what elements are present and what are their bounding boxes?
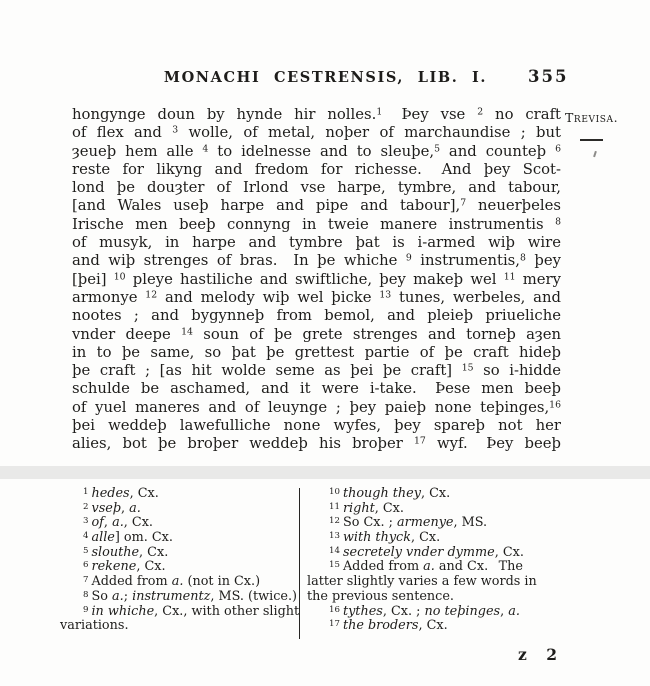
footnote-number: 7 — [83, 575, 88, 585]
variant-reading-text: armenye — [397, 515, 454, 530]
text-run: instrumentis, — [412, 252, 520, 269]
body-text-line: [and Wales useþ harpe and pipe and tabou… — [72, 197, 561, 215]
body-text-line: and wiþ strenges of bras. In þe whiche 9… — [72, 252, 561, 270]
text-run: Added from — [91, 574, 171, 589]
text-run: to idelnesse and to sleuþe, — [208, 143, 434, 160]
footnote-reference: 17 — [414, 436, 426, 447]
body-text-line: þei weddeþ lawefulliche none wyfes, þey … — [72, 417, 561, 435]
footnote-line: 3of, a., Cx. — [60, 516, 298, 531]
variant-reading-text: alle — [91, 530, 114, 545]
footnote-number: 1 — [83, 487, 88, 497]
footnote-reference: 11 — [504, 271, 516, 282]
footnote-reference: 16 — [549, 399, 561, 410]
footnote-reference: 12 — [145, 289, 157, 300]
body-text-line: Irische men beeþ connyng in tweie manere… — [72, 216, 561, 234]
text-run: and melody wiþ wel þicke — [157, 289, 379, 306]
footnote-number: 16 — [329, 605, 340, 615]
footnote-reference: 14 — [181, 326, 193, 337]
footnote-line: 7Added from a. (not in Cx.) — [60, 575, 298, 590]
variant-reading-text: tythes — [343, 604, 383, 619]
text-run: , Cx. — [139, 545, 168, 560]
text-run: , Cx. ; — [383, 604, 425, 619]
footnote-line: the previous sentence. — [307, 590, 642, 605]
text-run: neuerþeles — [466, 197, 561, 214]
variant-reading-text: vseþ — [91, 501, 121, 516]
body-text-line: [þei] 10 pleye hastiliche and swiftliche… — [72, 271, 561, 289]
text-run: þey — [526, 252, 561, 269]
footnote-number: 11 — [329, 502, 340, 512]
variant-reading-text: secretely vnder dymme — [343, 545, 495, 560]
footnote-number: 15 — [329, 560, 340, 570]
text-run: , — [104, 515, 112, 530]
variant-reading-text: a. — [112, 515, 124, 530]
footnote-line: 6rekene, Cx. — [60, 560, 298, 575]
margin-continuation-dash — [580, 139, 603, 141]
text-run: latter slightly varies a few words in — [307, 574, 537, 589]
variant-reading-text: right — [343, 501, 375, 516]
body-text-line: nootes ; and bygynneþ from bemol, and pl… — [72, 307, 561, 325]
text-run: of yuel maneres and of leuynge ; þey pai… — [72, 399, 549, 416]
text-run: variations. — [60, 618, 129, 633]
text-run: ; — [124, 589, 132, 604]
body-text-line: vnder deepe 14 soun of þe grete strenges… — [72, 326, 561, 344]
footnote-number: 6 — [83, 560, 88, 570]
variant-reading-text: though they — [343, 486, 421, 501]
margin-note-trevisa: Trevisa. — [565, 110, 618, 125]
signature-mark: z 2 — [518, 645, 564, 664]
footnote-line: 13with thyck, Cx. — [307, 531, 642, 546]
text-run: schulde be aschamed, and it were i-take.… — [72, 380, 561, 397]
main-text-block: hongynge doun by hynde hir nolles.1 Þey … — [72, 106, 561, 454]
text-run: and counteþ — [440, 143, 555, 160]
text-run: vnder deepe — [72, 326, 181, 343]
variant-reading-text: a. — [423, 559, 435, 574]
footnote-line: 15Added from a. and Cx. The — [307, 560, 642, 575]
text-run: soun of þe grete strenges and torneþ aȝe… — [193, 326, 561, 343]
scan-artifact-band — [0, 466, 650, 479]
footnote-line: 11right, Cx. — [307, 502, 642, 517]
text-run: reste for likyng and fredom for richesse… — [72, 161, 561, 178]
variant-reading-text: slouthe — [91, 545, 139, 560]
text-run: and wiþ strenges of bras. In þe whiche — [72, 252, 406, 269]
footnote-column-right: 10though they, Cx.11right, Cx.12So Cx. ;… — [307, 487, 642, 634]
footnote-number: 2 — [83, 502, 88, 512]
text-run: , Cx. — [375, 501, 404, 516]
footnote-number: 14 — [329, 546, 340, 556]
footnote-line: 1hedes, Cx. — [60, 487, 298, 502]
footnote-reference: 10 — [114, 271, 126, 282]
variant-reading-text: with thyck — [343, 530, 411, 545]
text-run: mery — [516, 271, 561, 288]
text-run: alies, bot þe broþer weddeþ his broþer — [72, 435, 414, 452]
text-run: þei weddeþ lawefulliche none wyfes, þey … — [72, 417, 561, 434]
variant-reading-text: instrumentz — [132, 589, 210, 604]
footnote-line: 5slouthe, Cx. — [60, 546, 298, 561]
text-run: , — [121, 501, 129, 516]
variant-reading-text: no teþinges — [425, 604, 501, 619]
footnote-reference: 8 — [555, 216, 561, 227]
text-run: , Cx. — [411, 530, 440, 545]
page-number: 355 — [528, 67, 588, 86]
footnote-line: 4alle] om. Cx. — [60, 531, 298, 546]
text-run: Irische men beeþ connyng in tweie manere… — [72, 216, 555, 233]
footnote-number: 13 — [329, 531, 340, 541]
variant-reading-text: in whiche — [91, 604, 154, 619]
footnote-line: latter slightly varies a few words in — [307, 575, 642, 590]
body-text-line: armonye 12 and melody wiþ wel þicke 13 t… — [72, 289, 561, 307]
footnote-line: 17the broders, Cx. — [307, 619, 642, 634]
footnote-column-divider — [299, 488, 300, 639]
text-run: of musyk, in harpe and tymbre þat is i-a… — [72, 234, 561, 251]
text-run: Added from — [343, 559, 423, 574]
text-run: Þey vse — [382, 106, 477, 123]
text-run: wolle, of metal, noþer of marchaundise ;… — [178, 124, 561, 141]
text-run: , Cx. — [130, 486, 159, 501]
footnote-line: 9in whiche, Cx., with other slight — [60, 605, 298, 620]
text-run: , Cx. — [136, 559, 165, 574]
text-run: , Cx. — [421, 486, 450, 501]
text-run: wyf. Þey beeþ — [426, 435, 561, 452]
footnote-reference: 6 — [555, 143, 561, 154]
text-run: , Cx. — [495, 545, 524, 560]
footnote-number: 5 — [83, 546, 88, 556]
variant-reading-text: hedes — [91, 486, 129, 501]
body-text-line: lond þe douȝter of Irlond vse harpe, tym… — [72, 179, 561, 197]
book-page-scan: MONACHI CESTRENSIS, LIB. I. 355 hongynge… — [0, 0, 650, 686]
body-text-line: þe craft ; [as hit wolde seme as þei þe … — [72, 362, 561, 380]
text-run: , MS. — [454, 515, 488, 530]
text-run: in to þe same, so þat þe grettest partie… — [72, 344, 561, 361]
text-run: [þei] — [72, 271, 114, 288]
text-run: (not in Cx.) — [183, 574, 260, 589]
footnote-number: 9 — [83, 605, 88, 615]
body-text-line: hongynge doun by hynde hir nolles.1 Þey … — [72, 106, 561, 124]
margin-speck — [593, 151, 596, 157]
text-run: So Cx. ; — [343, 515, 397, 530]
running-title: MONACHI CESTRENSIS, LIB. I. — [81, 69, 570, 86]
text-run: , MS. (twice.) — [210, 589, 297, 604]
variant-reading-text: a. — [129, 501, 141, 516]
text-run: ȝeueþ hem alle — [72, 143, 202, 160]
footnote-line: 10though they, Cx. — [307, 487, 642, 502]
footnote-number: 12 — [329, 516, 340, 526]
body-text-line: of musyk, in harpe and tymbre þat is i-a… — [72, 234, 561, 252]
text-run: þe craft ; [as hit wolde seme as þei þe … — [72, 362, 462, 379]
footnote-line: 8So a.; instrumentz, MS. (twice.) — [60, 590, 298, 605]
text-run: , Cx., with other slight — [154, 604, 299, 619]
footnote-number: 17 — [329, 619, 340, 629]
text-run: , Cx. — [124, 515, 153, 530]
variant-reading-text: a. — [112, 589, 124, 604]
variant-reading-text: of — [91, 515, 103, 530]
footnote-reference: 13 — [379, 289, 391, 300]
footnote-column-left: 1hedes, Cx.2vseþ, a.3of, a., Cx.4alle] o… — [60, 487, 298, 634]
text-run: pleye hastiliche and swiftliche, þey mak… — [126, 271, 504, 288]
text-run: of flex and — [72, 124, 172, 141]
body-text-line: ȝeueþ hem alle 4 to idelnesse and to sle… — [72, 143, 561, 161]
body-text-line: of flex and 3 wolle, of metal, noþer of … — [72, 124, 561, 142]
footnote-line: 16tythes, Cx. ; no teþinges, a. — [307, 605, 642, 620]
text-run: armonye — [72, 289, 145, 306]
text-run: lond þe douȝter of Irlond vse harpe, tym… — [72, 179, 561, 196]
text-run: the previous sentence. — [307, 589, 454, 604]
variant-reading-text: a. — [508, 604, 520, 619]
text-run: So — [91, 589, 112, 604]
text-run: , Cx. — [418, 618, 447, 633]
variant-reading-text: rekene — [91, 559, 136, 574]
body-text-line: in to þe same, so þat þe grettest partie… — [72, 344, 561, 362]
body-text-line: of yuel maneres and of leuynge ; þey pai… — [72, 399, 561, 417]
footnote-line: 2vseþ, a. — [60, 502, 298, 517]
text-run: tunes, werbeles, and — [391, 289, 561, 306]
footnote-number: 4 — [83, 531, 88, 541]
footnote-line: 14secretely vnder dymme, Cx. — [307, 546, 642, 561]
variant-reading-text: a. — [172, 574, 184, 589]
text-run: nootes ; and bygynneþ from bemol, and pl… — [72, 307, 561, 324]
footnote-line: 12So Cx. ; armenye, MS. — [307, 516, 642, 531]
variant-reading-text: the broders — [343, 618, 419, 633]
footnote-number: 10 — [329, 487, 340, 497]
footnote-number: 8 — [83, 590, 88, 600]
text-run: and Cx. The — [435, 559, 523, 574]
body-text-line: schulde be aschamed, and it were i-take.… — [72, 380, 561, 398]
text-run: ] om. Cx. — [115, 530, 173, 545]
footnote-reference: 15 — [462, 363, 474, 374]
text-run: so i-hidde — [474, 362, 561, 379]
body-text-line: alies, bot þe broþer weddeþ his broþer 1… — [72, 435, 561, 453]
footnote-number: 3 — [83, 516, 88, 526]
body-text-line: reste for likyng and fredom for richesse… — [72, 161, 561, 179]
footnote-line: variations. — [60, 619, 298, 634]
text-run: [and Wales useþ harpe and pipe and tabou… — [72, 197, 460, 214]
text-run: hongynge doun by hynde hir nolles. — [72, 106, 376, 123]
text-run: no craft — [483, 106, 561, 123]
